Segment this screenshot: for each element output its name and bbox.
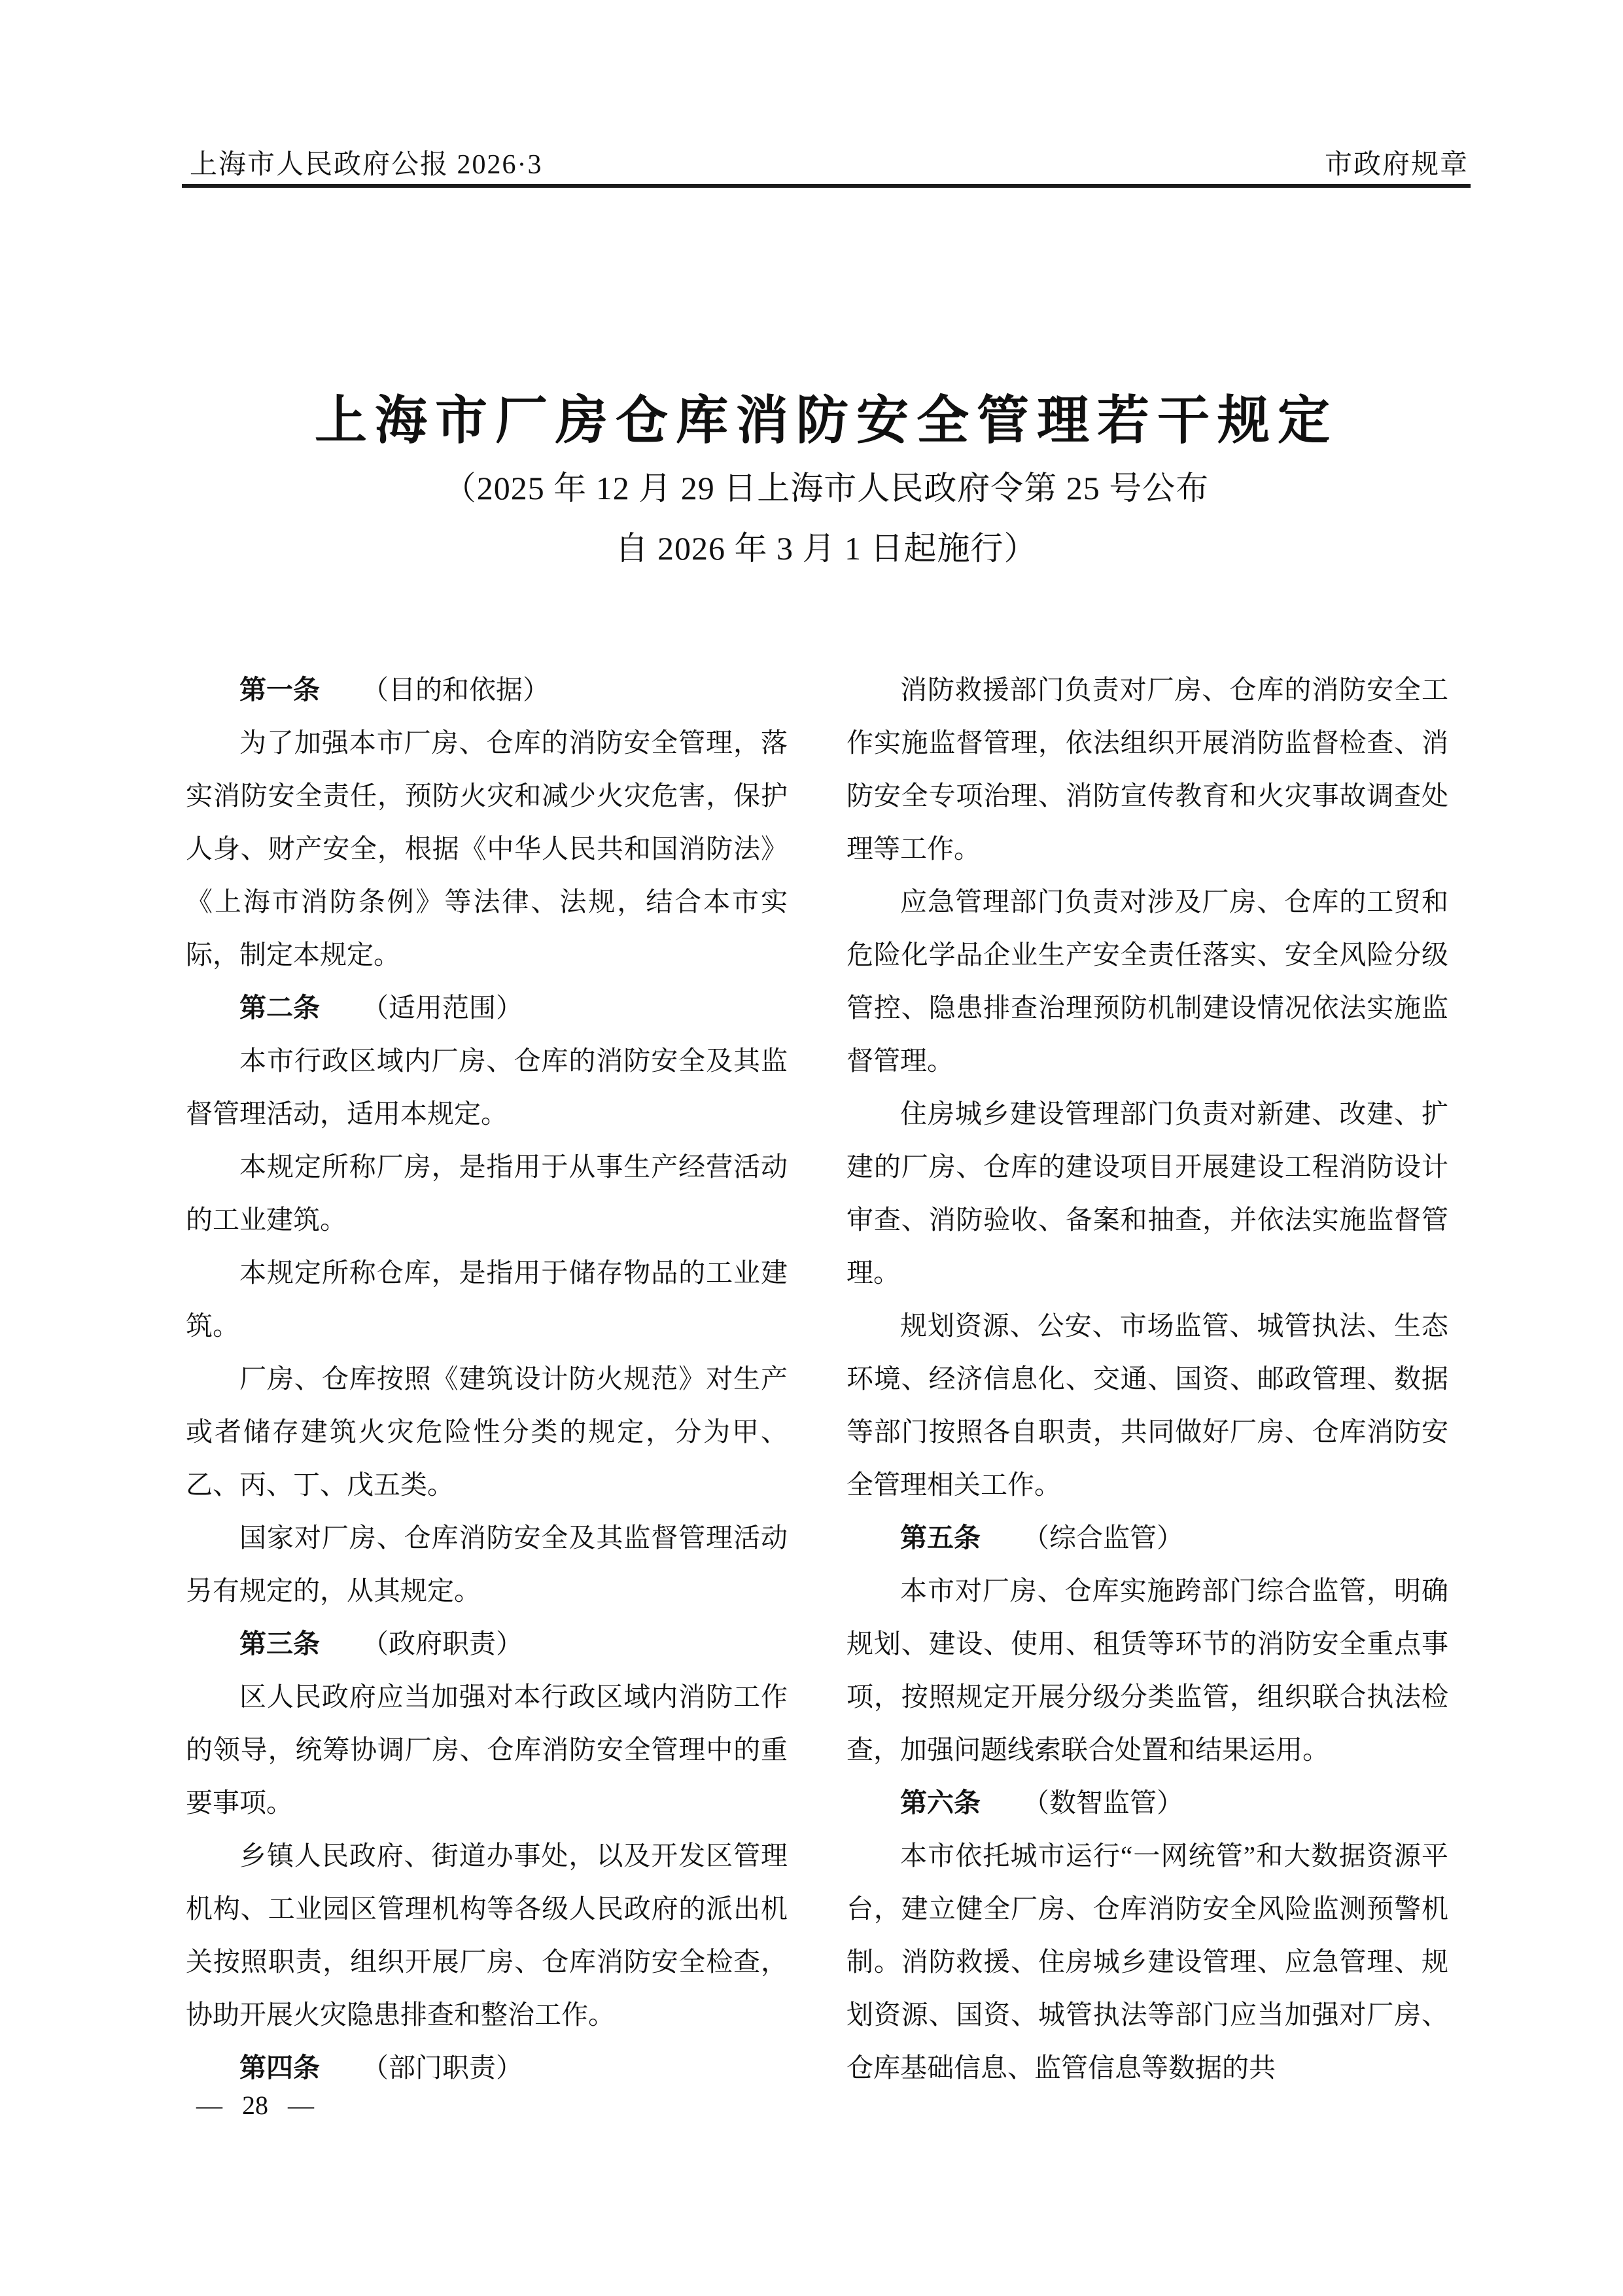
page-number: — 28 — bbox=[196, 2090, 314, 2121]
body-paragraph: 应急管理部门负责对涉及厂房、仓库的工贸和危险化学品企业生产安全责任落实、安全风险… bbox=[846, 875, 1448, 1087]
article-subject: （综合监管） bbox=[1022, 1523, 1183, 1553]
left-column: 第一条（目的和依据）为了加强本市厂房、仓库的消防安全管理，落实消防安全责任，预防… bbox=[186, 663, 788, 2094]
article-heading: 第三条（政府职责） bbox=[186, 1617, 788, 1670]
article-subject: （适用范围） bbox=[362, 993, 523, 1023]
effective-date-line: 自 2026 年 3 月 1 日起施行） bbox=[182, 522, 1471, 569]
right-column: 消防救援部门负责对厂房、仓库的消防安全工作实施监督管理，依法组织开展消防监督检查… bbox=[846, 663, 1448, 2094]
article-number: 第一条 bbox=[239, 675, 320, 705]
article-heading: 第六条（数智监管） bbox=[846, 1776, 1448, 1829]
header-rule bbox=[182, 184, 1471, 188]
body-paragraph: 本市依托城市运行“一网统管”和大数据资源平台，建立健全厂房、仓库消防安全风险监测… bbox=[846, 1829, 1448, 2094]
article-heading: 第一条（目的和依据） bbox=[186, 663, 788, 716]
article-subject: （部门职责） bbox=[362, 2053, 523, 2083]
article-number: 第三条 bbox=[239, 1629, 320, 1659]
body-paragraph: 规划资源、公安、市场监管、城管执法、生态环境、经济信息化、交通、国资、邮政管理、… bbox=[846, 1299, 1448, 1511]
body-paragraph: 为了加强本市厂房、仓库的消防安全管理，落实消防安全责任，预防火灾和减少火灾危害，… bbox=[186, 716, 788, 981]
body-paragraph: 国家对厂房、仓库消防安全及其监督管理活动另有规定的，从其规定。 bbox=[186, 1511, 788, 1617]
article-subject: （目的和依据） bbox=[362, 675, 550, 705]
article-number: 第五条 bbox=[900, 1523, 981, 1553]
section-label: 市政府规章 bbox=[1325, 143, 1469, 182]
body-paragraph: 本市对厂房、仓库实施跨部门综合监管，明确规划、建设、使用、租赁等环节的消防安全重… bbox=[846, 1564, 1448, 1776]
article-heading: 第五条（综合监管） bbox=[846, 1511, 1448, 1564]
article-number: 第六条 bbox=[900, 1788, 981, 1818]
body-paragraph: 消防救援部门负责对厂房、仓库的消防安全工作实施监督管理，依法组织开展消防监督检查… bbox=[846, 663, 1448, 875]
article-number: 第四条 bbox=[239, 2053, 320, 2083]
article-subject: （数智监管） bbox=[1022, 1788, 1183, 1818]
article-subject: （政府职责） bbox=[362, 1629, 523, 1659]
regulation-title: 上海市厂房仓库消防安全管理若干规定 bbox=[182, 378, 1471, 453]
body-paragraph: 本规定所称仓库，是指用于储存物品的工业建筑。 bbox=[186, 1246, 788, 1352]
promulgation-line: （2025 年 12 月 29 日上海市人民政府令第 25 号公布 bbox=[182, 462, 1471, 509]
body-paragraph: 厂房、仓库按照《建筑设计防火规范》对生产或者储存建筑火灾危险性分类的规定，分为甲… bbox=[186, 1352, 788, 1511]
article-heading: 第四条（部门职责） bbox=[186, 2041, 788, 2094]
gazette-name-issue: 上海市人民政府公报 2026·3 bbox=[190, 143, 543, 182]
body-paragraph: 区人民政府应当加强对本行政区域内消防工作的领导，统筹协调厂房、仓库消防安全管理中… bbox=[186, 1670, 788, 1829]
body-paragraph: 本市行政区域内厂房、仓库的消防安全及其监督管理活动，适用本规定。 bbox=[186, 1034, 788, 1140]
article-number: 第二条 bbox=[239, 993, 320, 1023]
article-heading: 第二条（适用范围） bbox=[186, 981, 788, 1034]
body-paragraph: 住房城乡建设管理部门负责对新建、改建、扩建的厂房、仓库的建设项目开展建设工程消防… bbox=[846, 1087, 1448, 1299]
gazette-page: 上海市人民政府公报 2026·3 市政府规章 上海市厂房仓库消防安全管理若干规定… bbox=[0, 0, 1623, 2296]
body-paragraph: 本规定所称厂房，是指用于从事生产经营活动的工业建筑。 bbox=[186, 1140, 788, 1246]
body-paragraph: 乡镇人民政府、街道办事处，以及开发区管理机构、工业园区管理机构等各级人民政府的派… bbox=[186, 1829, 788, 2041]
